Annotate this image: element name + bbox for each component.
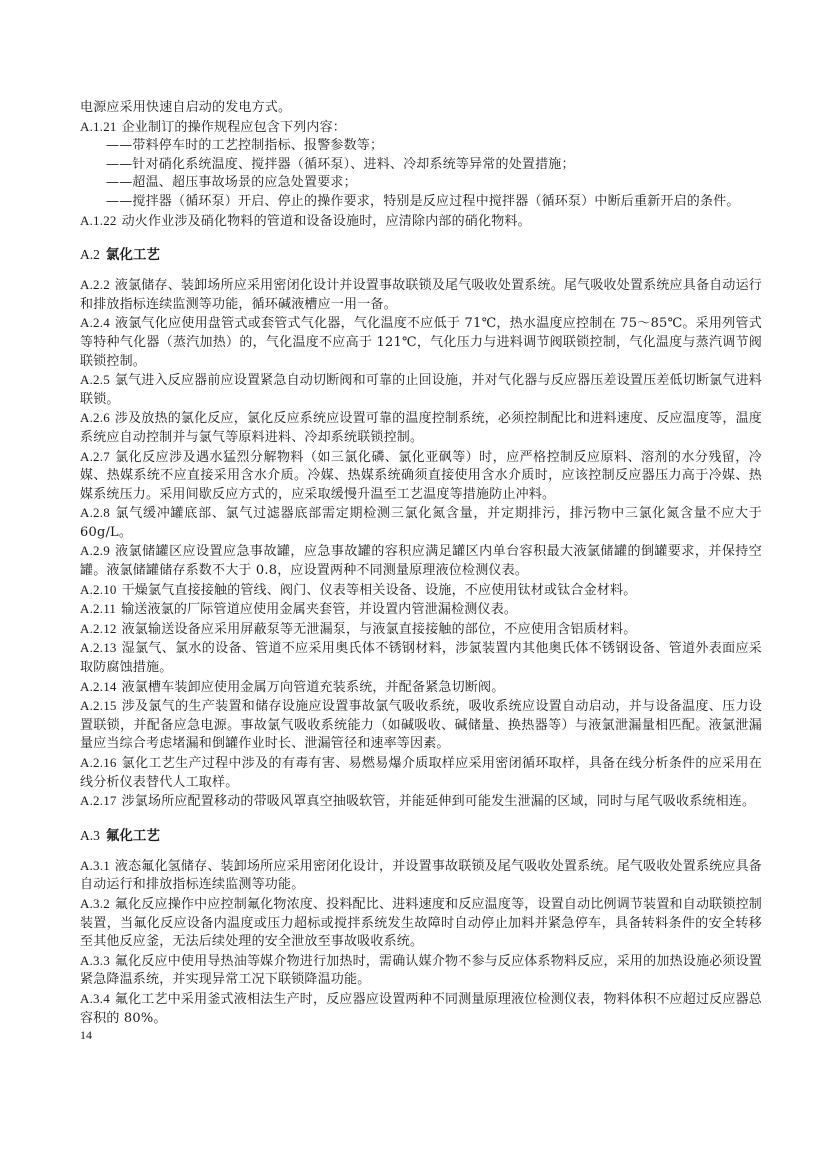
- clause-a-1-21: A.1.21企业制订的操作规程应包含下列内容：: [80, 118, 762, 138]
- clause-a-2-4: A.2.4液氯气化应使用盘管式或套管式气化器，气化温度不应低于 71℃，热水温度…: [80, 314, 762, 371]
- clause-number: A.2.4: [80, 315, 110, 330]
- clause-text: 氟化反应中使用导热油等媒介物进行加热时，需确认媒介物不参与反应体系物料反应，采用…: [80, 954, 762, 988]
- clause-text: 干燥氯气直接接触的管线、阀门、仪表等相关设备、设施，不应使用钛材或钛合金材料。: [122, 583, 637, 598]
- clause-text: 涉及氯气的生产装置和储存设施应设置事故氯气吸收系统，吸收系统应设置自动启动，并与…: [80, 699, 762, 751]
- clause-a-3-2: A.3.2氟化反应操作中应控制氟化物浓度、投料配比、进料速度和反应温度等，设置自…: [80, 895, 762, 952]
- clause-number: A.2.8: [80, 505, 110, 520]
- clause-number: A.2.9: [80, 543, 110, 558]
- clause-text: 液氯气化应使用盘管式或套管式气化器，气化温度不应低于 71℃，热水温度应控制在 …: [80, 316, 762, 368]
- clause-text: 氯气缓冲罐底部、氯气过滤器底部需定期检测三氯化氮含量，并定期排污，排污物中三氯化…: [80, 506, 762, 540]
- clause-number: A.3.3: [80, 953, 110, 968]
- clause-text: 液氯槽车装卸应使用金属万向管道充装系统，并配备紧急切断阀。: [122, 680, 505, 695]
- paragraph: 电源应采用快速自启动的发电方式。: [80, 99, 762, 118]
- clause-text: 液氯储存、装卸场所应采用密闭化设计并设置事故联锁及尾气吸收处置系统。尾气吸收处置…: [80, 278, 762, 312]
- list-item: ——搅拌器（循环泵）开启、停止的操作要求，特别是反应过程中搅拌器（循环泵）中断后…: [80, 193, 762, 212]
- clause-text: 输送液氯的厂际管道应使用金属夹套管，并设置内管泄漏检测仪表。: [121, 602, 517, 617]
- clause-number: A.2.13: [80, 640, 117, 655]
- section-title: 氟化工艺: [106, 828, 160, 844]
- clause-a-2-15: A.2.15涉及氯气的生产装置和储存设施应设置事故氯气吸收系统，吸收系统应设置自…: [80, 697, 762, 754]
- page-number: 14: [80, 1028, 762, 1043]
- clause-a-2-14: A.2.14液氯槽车装卸应使用金属万向管道充装系统，并配备紧急切断阀。: [80, 678, 762, 698]
- clause-a-2-6: A.2.6涉及放热的氯化反应，氯化反应系统应设置可靠的温度控制系统，必须控制配比…: [80, 409, 762, 447]
- clause-number: A.2.14: [80, 679, 117, 694]
- clause-number: A.2.6: [80, 410, 110, 425]
- clause-number: A.2.10: [80, 582, 117, 597]
- clause-a-2-8: A.2.8氯气缓冲罐底部、氯气过滤器底部需定期检测三氯化氮含量，并定期排污，排污…: [80, 504, 762, 542]
- clause-number: A.3.1: [80, 858, 110, 873]
- section-title: 氯化工艺: [106, 247, 160, 263]
- clause-a-2-11: A.2.11输送液氯的厂际管道应使用金属夹套管，并设置内管泄漏检测仪表。: [80, 600, 762, 620]
- clause-text: 动火作业涉及硝化物料的管道和设备设施时，应清除内部的硝化物料。: [122, 214, 531, 229]
- clause-number: A.1.22: [80, 213, 117, 228]
- clause-text: 企业制订的操作规程应包含下列内容：: [122, 120, 346, 135]
- clause-number: A.2.16: [80, 755, 117, 770]
- clause-number: A.2.12: [80, 621, 117, 636]
- clause-a-2-5: A.2.5氯气进入反应器前应设置紧急自动切断阀和可靠的止回设施，并对气化器与反应…: [80, 371, 762, 409]
- clause-a-3-1: A.3.1液态氟化氢储存、装卸场所应采用密闭化设计，并设置事故联锁及尾气吸收处置…: [80, 857, 762, 895]
- clause-text: 涉氯场所应配置移动的带吸风罩真空抽吸软管，并能延伸到可能发生泄漏的区域，同时与尾…: [122, 794, 756, 809]
- clause-a-3-3: A.3.3氟化反应中使用导热油等媒介物进行加热时，需确认媒介物不参与反应体系物料…: [80, 952, 762, 990]
- clause-text: 氯化反应涉及遇水猛烈分解物料（如三氯化磷、氯化亚砜等）时，应严格控制反应原料、溶…: [80, 450, 762, 502]
- clause-number: A.2.5: [80, 372, 110, 387]
- clause-a-2-17: A.2.17涉氯场所应配置移动的带吸风罩真空抽吸软管，并能延伸到可能发生泄漏的区…: [80, 792, 762, 812]
- section-heading-a2: A.2氯化工艺: [80, 246, 762, 264]
- clause-number: A.2.11: [80, 601, 116, 616]
- clause-a-2-7: A.2.7氯化反应涉及遇水猛烈分解物料（如三氯化磷、氯化亚砜等）时，应严格控制反…: [80, 448, 762, 505]
- section-number: A.2: [80, 247, 100, 262]
- clause-text: 氟化反应操作中应控制氟化物浓度、投料配比、进料速度和反应温度等，设置自动比例调节…: [80, 897, 762, 949]
- clause-a-2-2: A.2.2液氯储存、装卸场所应采用密闭化设计并设置事故联锁及尾气吸收处置系统。尾…: [80, 276, 762, 314]
- section-heading-a3: A.3氟化工艺: [80, 827, 762, 845]
- clause-a-1-22: A.1.22动火作业涉及硝化物料的管道和设备设施时，应清除内部的硝化物料。: [80, 212, 762, 232]
- clause-a-3-4: A.3.4氟化工艺中采用釜式液相法生产时，反应器应设置两种不同测量原理液位检测仪…: [80, 990, 762, 1028]
- clause-number: A.2.17: [80, 793, 117, 808]
- clause-text: 液氯输送设备应采用屏蔽泵等无泄漏泵，与液氯直接接触的部位，不应使用含铝质材料。: [122, 622, 637, 637]
- clause-a-2-13: A.2.13湿氯气、氯水的设备、管道不应采用奥氏体不锈钢材料，涉氯装置内其他奥氏…: [80, 639, 762, 677]
- clause-text: 氟化工艺中采用釜式液相法生产时，反应器应设置两种不同测量原理液位检测仪表，物料体…: [80, 992, 762, 1026]
- clause-text: 液态氟化氢储存、装卸场所应采用密闭化设计，并设置事故联锁及尾气吸收处置系统。尾气…: [80, 859, 762, 893]
- clause-a-2-16: A.2.16氯化工艺生产过程中涉及的有毒有害、易燃易爆介质取样应采用密闭循环取样…: [80, 754, 762, 792]
- clause-number: A.3.4: [80, 991, 110, 1006]
- clause-number: A.3.2: [80, 896, 110, 911]
- list-item: ——超温、超压事故场景的应急处置要求；: [80, 174, 762, 193]
- clause-number: A.2.7: [80, 449, 110, 464]
- clause-number: A.2.15: [80, 698, 117, 713]
- clause-a-2-10: A.2.10干燥氯气直接接触的管线、阀门、仪表等相关设备、设施，不应使用钛材或钛…: [80, 581, 762, 601]
- clause-text: 氯化工艺生产过程中涉及的有毒有害、易燃易爆介质取样应采用密闭循环取样，具备在线分…: [80, 756, 762, 790]
- section-number: A.3: [80, 828, 100, 843]
- clause-text: 涉及放热的氯化反应，氯化反应系统应设置可靠的温度控制系统，必须控制配比和进料速度…: [80, 411, 762, 445]
- list-item: ——针对硝化系统温度、搅拌器（循环泵）、进料、冷却系统等异常的处置措施；: [80, 156, 762, 175]
- clause-a-2-9: A.2.9液氯储罐区应设置应急事故罐，应急事故罐的容积应满足罐区内单台容积最大液…: [80, 542, 762, 580]
- clause-text: 湿氯气、氯水的设备、管道不应采用奥氏体不锈钢材料，涉氯装置内其他奥氏体不锈钢设备…: [80, 641, 762, 675]
- list-item: ——带料停车时的工艺控制指标、报警参数等；: [80, 137, 762, 156]
- clause-text: 液氯储罐区应设置应急事故罐，应急事故罐的容积应满足罐区内单台容积最大液氯储罐的倒…: [80, 544, 762, 578]
- clause-text: 氯气进入反应器前应设置紧急自动切断阀和可靠的止回设施，并对气化器与反应器压差设置…: [80, 373, 762, 407]
- clause-a-2-12: A.2.12液氯输送设备应采用屏蔽泵等无泄漏泵，与液氯直接接触的部位，不应使用含…: [80, 620, 762, 640]
- document-page: 电源应采用快速自启动的发电方式。 A.1.21企业制订的操作规程应包含下列内容：…: [80, 99, 762, 1043]
- clause-number: A.1.21: [80, 119, 117, 134]
- clause-number: A.2.2: [80, 277, 110, 292]
